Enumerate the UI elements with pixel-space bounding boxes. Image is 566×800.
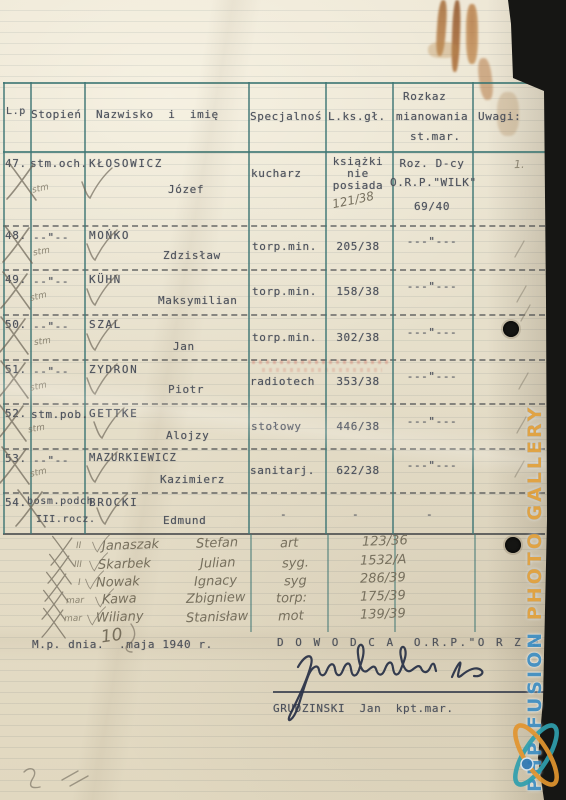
row-number: 53. [5,452,27,465]
rank: stm.och. [30,157,88,170]
header-remarks: Uwagi: [478,110,521,123]
pencil-firstname: Stefan [196,535,239,551]
surname: KŁOSOWICZ [89,157,163,170]
pencil-number: 286/39 [360,570,406,587]
watermark-atom-logo [506,700,566,800]
pencil-specialty: torp: [276,590,308,606]
order: 69/40 [392,200,472,213]
table-row: 49. --"-- KÜHN Maksymilian torp.min. 158… [0,269,566,314]
place-date-suffix: .maja 1940 r. [119,638,213,651]
pencil-roman-mark: mar [66,596,84,607]
order-ditto: ---"--- [392,459,472,472]
book-number: 353/38 [326,375,390,388]
order-ditto: ---"--- [392,326,472,339]
specialty: - [280,508,287,521]
pencil-number: 175/39 [360,588,406,605]
header-order-line3: st.mar. [410,130,461,143]
specialty: stołowy [251,420,302,433]
order-ditto: ---"--- [392,235,472,248]
pencil-roman-mark: I [78,578,81,588]
rust-stain [466,4,478,64]
pencil-specialty: syg. [282,556,309,572]
scanned-document-page: L.p Stopień Nazwisko i imię Specjalnoś L… [0,0,566,800]
pencil-firstname: Zbigniew [186,590,246,607]
surname: MAZURKIEWICZ [89,452,177,464]
surname: MOŃKO [89,229,130,242]
column-line-extension [250,534,252,632]
rank-line2: III.rocz. [36,514,96,525]
row-number: 47. [5,157,27,170]
pencil-firstname: Stanisław [186,609,249,626]
rank: bosm.podch [27,496,93,507]
commander-title: D O W O D C A O.R.P."O R Z E Ł" [277,636,566,649]
firstname: Maksymilian [158,294,237,307]
firstname: Józef [168,183,204,196]
firstname: Kazimierz [160,473,225,486]
order: Roz. D-cy [392,157,472,170]
signer-name: GRUDZINSKI Jan kpt.mar. [273,702,454,715]
pencil-firstname: Julian [200,555,236,571]
rank-ditto: --"-- [33,320,69,333]
paper-sheet: L.p Stopień Nazwisko i imię Specjalnoś L… [0,0,566,800]
table-row: 47. stm.och. KŁOSOWICZ Józef kucharz ksi… [0,152,566,225]
pencil-roman-mark: III [74,560,82,570]
row-number: 49. [5,273,27,286]
pencil-number: 1532/A [360,552,407,569]
order-ditto: ---"--- [392,415,472,428]
row-number: 48. [5,229,27,242]
rank-ditto: --"-- [33,275,69,288]
specialty: torp.min. [252,285,317,298]
header-spec: Specjalnoś [250,110,322,123]
book-number: 302/38 [326,331,390,344]
row-number: 52. [5,407,27,420]
table-row: 52. stm.pob. GETTKE Alojzy stołowy 446/3… [0,403,566,448]
pencil-surname: Nowak [96,574,140,591]
firstname: Edmund [163,514,206,527]
header-lp: L.p [6,106,26,117]
pencil-specialty: art [280,536,299,552]
firstname: Alojzy [166,429,209,442]
header-name: Nazwisko i imię [96,108,219,121]
pencil-surname: Wiliany [96,609,144,626]
table-row: 54. bosm.podch III.rocz. BROCKI Edmund -… [0,492,566,534]
pencil-firstname: Ignacy [194,573,238,589]
specialty: torp.min. [252,331,317,344]
surname: SZAL [89,318,122,331]
rank-ditto: --"-- [33,231,69,244]
rank: stm.pob. [31,408,89,421]
header-order-line1: Rozkaz [403,90,446,103]
book-number: 446/38 [326,420,390,433]
punch-hole [503,321,519,337]
pencil-specialty: syg [284,574,307,590]
row-number: 50. [5,318,27,331]
table-row: 48. --"-- MOŃKO Zdzisław torp.min. 205/3… [0,225,566,269]
firstname: Jan [173,340,195,353]
watermark-text-photo-gallery: PHOTO GALLERY [524,405,546,630]
surname: ZYDRON [89,363,138,376]
rust-stain [428,42,458,58]
surname: BROCKI [89,496,138,509]
pencil-book-number: 121/38 [331,189,375,211]
book-number: 205/38 [326,240,390,253]
place-date-prefix: M.p. dnia. [32,638,104,651]
firstname: Zdzisław [163,249,221,262]
pencil-roman-mark: mar [64,614,82,625]
column-line-extension [474,534,476,632]
pencil-surname: Skarbek [98,556,151,573]
row-number: 51. [5,363,27,376]
table-row: 51. --"-- ZYDRON Piotr radiotech 353/38 … [0,359,566,403]
specialty: torp.min. [252,240,317,253]
table-header-row: L.p Stopień Nazwisko i imię Specjalnoś L… [0,82,566,152]
book-number: 622/38 [326,464,390,477]
signature-underline [273,691,545,693]
column-line-extension [327,534,329,632]
header-book: L.ks.gł. [328,110,386,123]
header-order-line2: mianowania [396,110,468,123]
pencil-surname: Kawa [102,591,137,607]
pencil-number: 123/36 [362,533,408,550]
book-number: - [352,508,359,521]
order: - [426,508,433,521]
rank-ditto: --"-- [33,454,69,467]
pencil-surname: Janaszak [102,537,160,554]
pencil-remark: 1. [514,158,525,171]
specialty: radiotech [250,375,315,388]
order-ditto: ---"--- [392,280,472,293]
book-note: posiada [326,179,390,192]
pencil-roman-mark: II [76,541,82,551]
surname: KÜHN [89,273,122,286]
punch-hole [505,537,521,553]
firstname: Piotr [168,383,204,396]
book-number: 158/38 [326,285,390,298]
pencil-specialty: mot [278,609,304,625]
specialty: sanitarj. [250,464,315,477]
header-rank: Stopień [31,108,82,121]
order-ditto: ---"--- [392,370,472,383]
pencil-number: 139/39 [360,606,406,623]
specialty: kucharz [251,167,302,180]
table-row: 53. --"-- MAZURKIEWICZ Kazimierz sanitar… [0,448,566,492]
row-number: 54. [5,496,27,509]
rank-ditto: --"-- [33,365,69,378]
order: O.R.P."WILK" [390,176,474,189]
table-row: 50. --"-- SZAL Jan torp.min. 302/38 ---"… [0,314,566,359]
surname: GETTKE [89,407,138,420]
